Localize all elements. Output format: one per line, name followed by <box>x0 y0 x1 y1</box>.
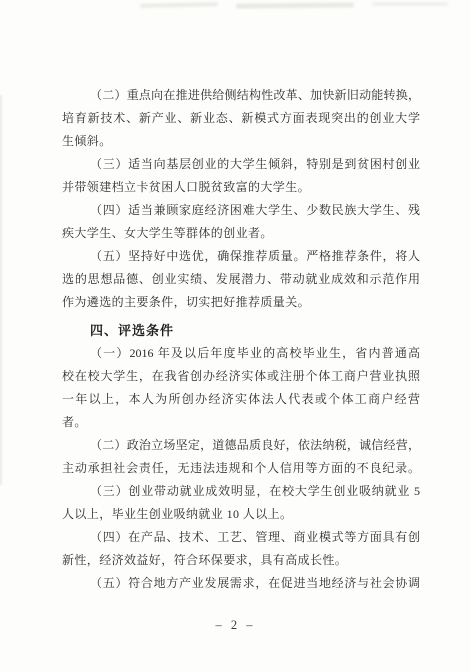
text-line: 新性，经济效益好，符合环保要求，具有高成长性。 <box>62 549 420 572</box>
text-line: （五）符合地方产业发展需求，在促进当地经济与社会协调 <box>62 572 420 595</box>
text-line: 者。 <box>62 411 420 434</box>
text-line: （五）坚持好中选优，确保推荐质量。严格推荐条件，将人 <box>62 245 420 268</box>
text-line: 校在校大学生，在我省创办经济实体或注册个体工商户营业执照 <box>62 365 420 388</box>
text-line: （四）适当兼顾家庭经济困难大学生、少数民族大学生、残 <box>62 199 420 222</box>
text-line: 主动承担社会责任，无违法违规和个人信用等方面的不良纪录。 <box>62 457 420 480</box>
text-line: 一年以上，本人为所创办经济实体法人代表或个体工商户经营 <box>62 388 420 411</box>
document-page: （二）重点向在推进供给侧结构性改革、加快新旧动能转换， 培育新技术、新产业、新业… <box>0 0 471 672</box>
scan-smudge <box>236 2 354 8</box>
scan-smudge <box>372 2 448 6</box>
text-line: （二）政治立场坚定，道德品质良好，依法纳税，诚信经营， <box>62 434 420 457</box>
text-line: 培育新技术、新产业、新业态、新模式方面表现突出的创业大学 <box>62 107 420 130</box>
text-line: 人以上，毕业生创业吸纳就业 10 人以上。 <box>62 503 420 526</box>
page-number: – 2 – <box>0 618 471 633</box>
text-line: （一）2016 年及以后年度毕业的高校毕业生，省内普通高 <box>62 342 420 365</box>
text-line: 作为遴选的主要条件，切实把好推荐质量关。 <box>62 291 420 314</box>
text-line: 疾大学生、女大学生等群体的创业者。 <box>62 222 420 245</box>
text-line: （二）重点向在推进供给侧结构性改革、加快新旧动能转换， <box>62 84 420 107</box>
section-heading: 四、评选条件 <box>62 319 420 342</box>
body-text: （二）重点向在推进供给侧结构性改革、加快新旧动能转换， 培育新技术、新产业、新业… <box>62 84 420 595</box>
text-line: （四）在产品、技术、工艺、管理、商业模式等方面具有创 <box>62 526 420 549</box>
scan-edge-artifact <box>0 95 2 485</box>
text-line: （三）适当向基层创业的大学生倾斜，特别是到贫困村创业 <box>62 153 420 176</box>
text-line: 选的思想品德、创业实绩、发展潜力、带动就业成效和示范作用 <box>62 268 420 291</box>
text-line: 并带领建档立卡贫困人口脱贫致富的大学生。 <box>62 176 420 199</box>
text-line: 生倾斜。 <box>62 130 420 153</box>
text-line: （三）创业带动就业成效明显，在校大学生创业吸纳就业 5 <box>62 480 420 503</box>
scan-smudge <box>140 2 218 8</box>
